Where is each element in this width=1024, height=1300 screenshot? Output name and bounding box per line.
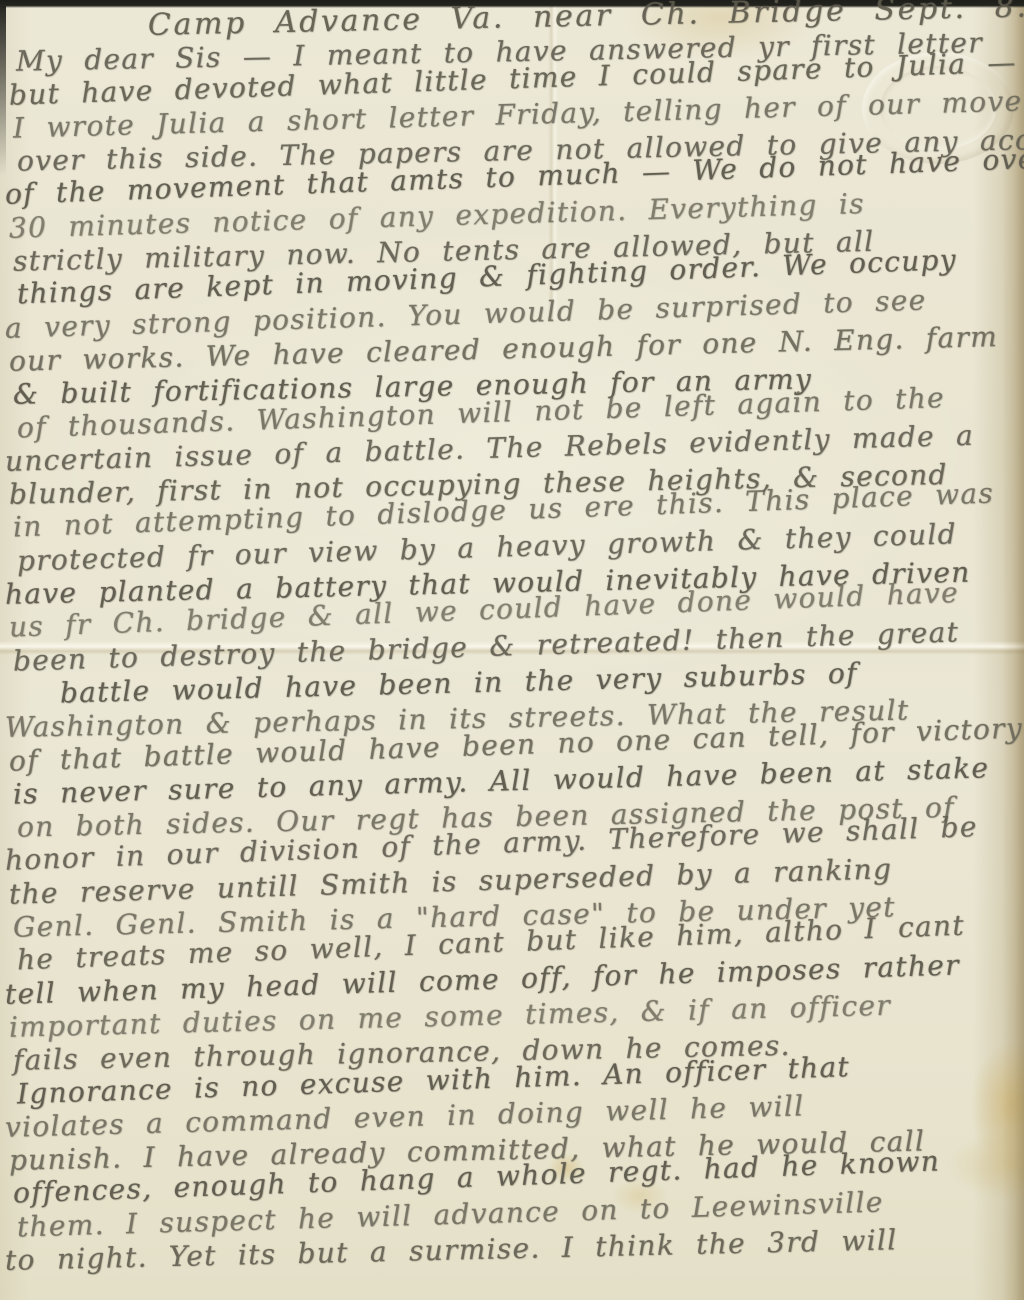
scanned-letter-page: Camp Advance Va. near Ch. Bridge Sept. 8… — [0, 0, 1024, 1300]
letter-content: Camp Advance Va. near Ch. Bridge Sept. 8… — [0, 12, 1024, 1277]
letter-body: My dear Sis — I meant to have answered y… — [0, 45, 1024, 1277]
